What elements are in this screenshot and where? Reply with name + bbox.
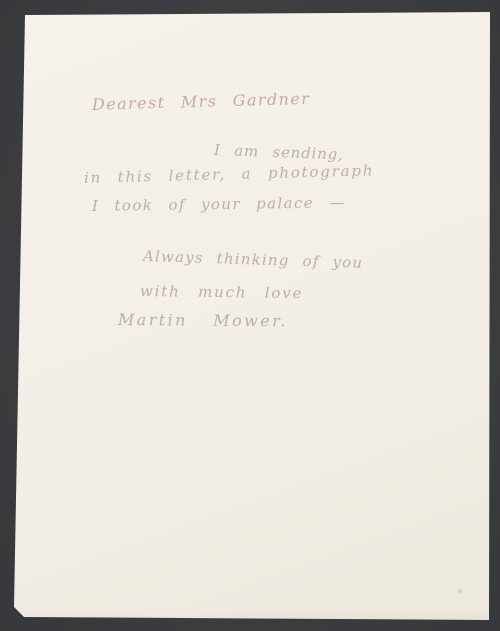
handwriting-line-greeting: Dearest Mrs Gardner	[92, 89, 311, 114]
handwriting-line-closing-2: with much love	[140, 282, 303, 302]
handwriting-line-body-1: I am sending,	[214, 141, 344, 164]
handwriting-line-body-3: I took of your palace —	[92, 193, 346, 215]
handwriting-line-signature: Martin Mower.	[118, 310, 288, 330]
paper-speck	[458, 589, 462, 593]
letter-photograph: Dearest Mrs Gardner I am sending, in thi…	[0, 0, 500, 631]
handwriting-line-body-2: in this letter, a photograph	[84, 161, 375, 187]
letter-paper: Dearest Mrs Gardner I am sending, in thi…	[0, 0, 500, 631]
handwriting-line-closing-1: Always thinking of you	[143, 247, 364, 272]
